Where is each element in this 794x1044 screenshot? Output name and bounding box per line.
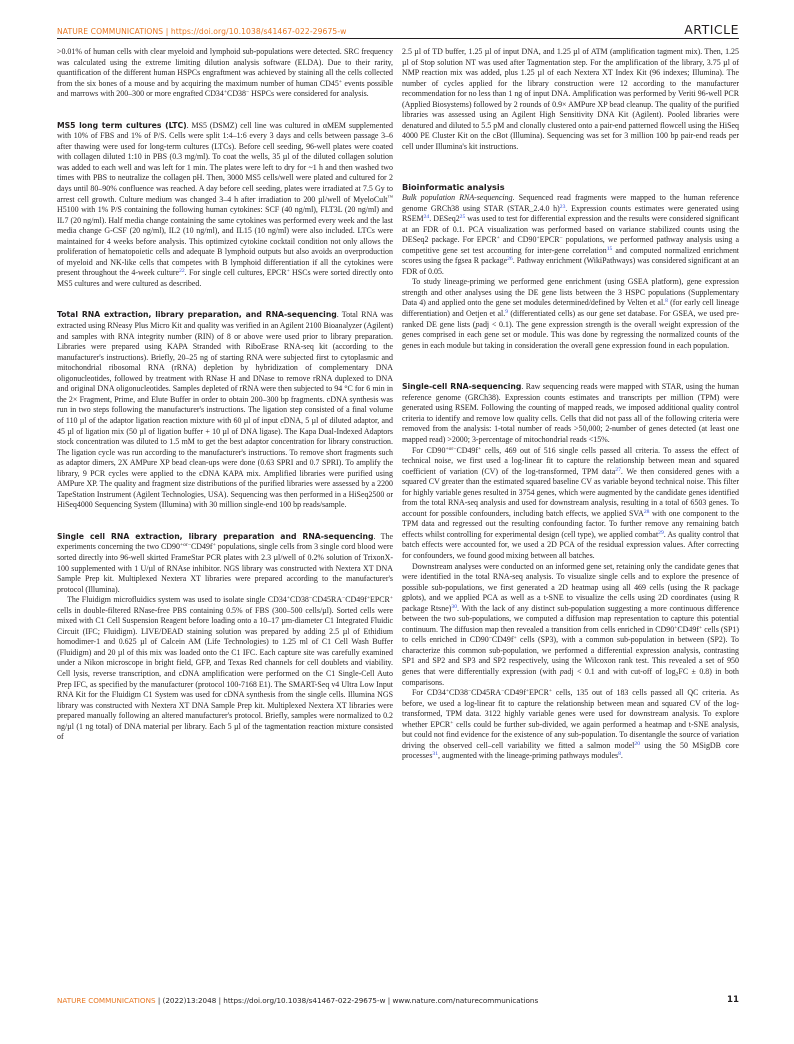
journal-name: NATURE COMMUNICATIONS [57,27,163,36]
footer-citation: | (2022)13:2048 | https://doi.org/10.103… [156,996,539,1005]
single-cell-seq-section: Single-cell RNA-sequencing. Raw sequenci… [402,382,739,762]
page-number: 11 [727,995,739,1005]
section-heading: Single-cell RNA-sequencing [402,382,521,391]
section-heading: MS5 long term cultures (LTC) [57,121,187,130]
fluidigm-paragraph: The Fluidigm microfluidics system was us… [57,595,393,743]
journal-header-line: NATURE COMMUNICATIONS | https://doi.org/… [57,27,346,36]
right-column: 2.5 µl of TD buffer, 1.25 µl of input DN… [402,47,739,762]
single-cell-qc-paragraph: Single-cell RNA-sequencing. Raw sequenci… [402,382,739,445]
section-label: ARTICLE [684,22,739,37]
page-header: NATURE COMMUNICATIONS | https://doi.org/… [57,22,739,39]
footer-journal-name: NATURE COMMUNICATIONS [57,996,156,1005]
section-heading: Single cell RNA extraction, library prep… [57,532,374,541]
left-column: >0.01% of human cells with clear myeloid… [57,47,393,743]
section-heading: Bioinformatic analysis [402,182,739,193]
epcr-analysis-paragraph: For CD34+CD38−CD45RA−CD49f+EPCR+ cells, … [402,688,739,762]
cd90-analysis-paragraph: For CD90+or−CD49f+ cells, 469 out of 516… [402,446,739,562]
page-footer: NATURE COMMUNICATIONS | (2022)13:2048 | … [57,996,739,1008]
bulk-rnaseq-paragraph: Bulk population RNA-sequencing. Sequence… [402,193,739,277]
section-heading: Total RNA extraction, library preparatio… [57,310,337,319]
intro-paragraph: >0.01% of human cells with clear myeloid… [57,47,393,100]
doi-link[interactable]: https://doi.org/10.1038/s41467-022-29675… [171,27,347,36]
downstream-analysis-paragraph: Downstream analyses were conducted on an… [402,562,739,689]
ms5-section: MS5 long term cultures (LTC). MS5 (DSMZ)… [57,121,393,290]
continuation-paragraph: 2.5 µl of TD buffer, 1.25 µl of input DN… [402,47,739,152]
bioinformatic-section: Bioinformatic analysis Bulk population R… [402,182,739,351]
lineage-priming-paragraph: To study lineage-priming we performed ge… [402,277,739,351]
total-rna-section: Total RNA extraction, library preparatio… [57,310,393,510]
single-cell-extraction-section: Single cell RNA extraction, library prep… [57,532,393,595]
